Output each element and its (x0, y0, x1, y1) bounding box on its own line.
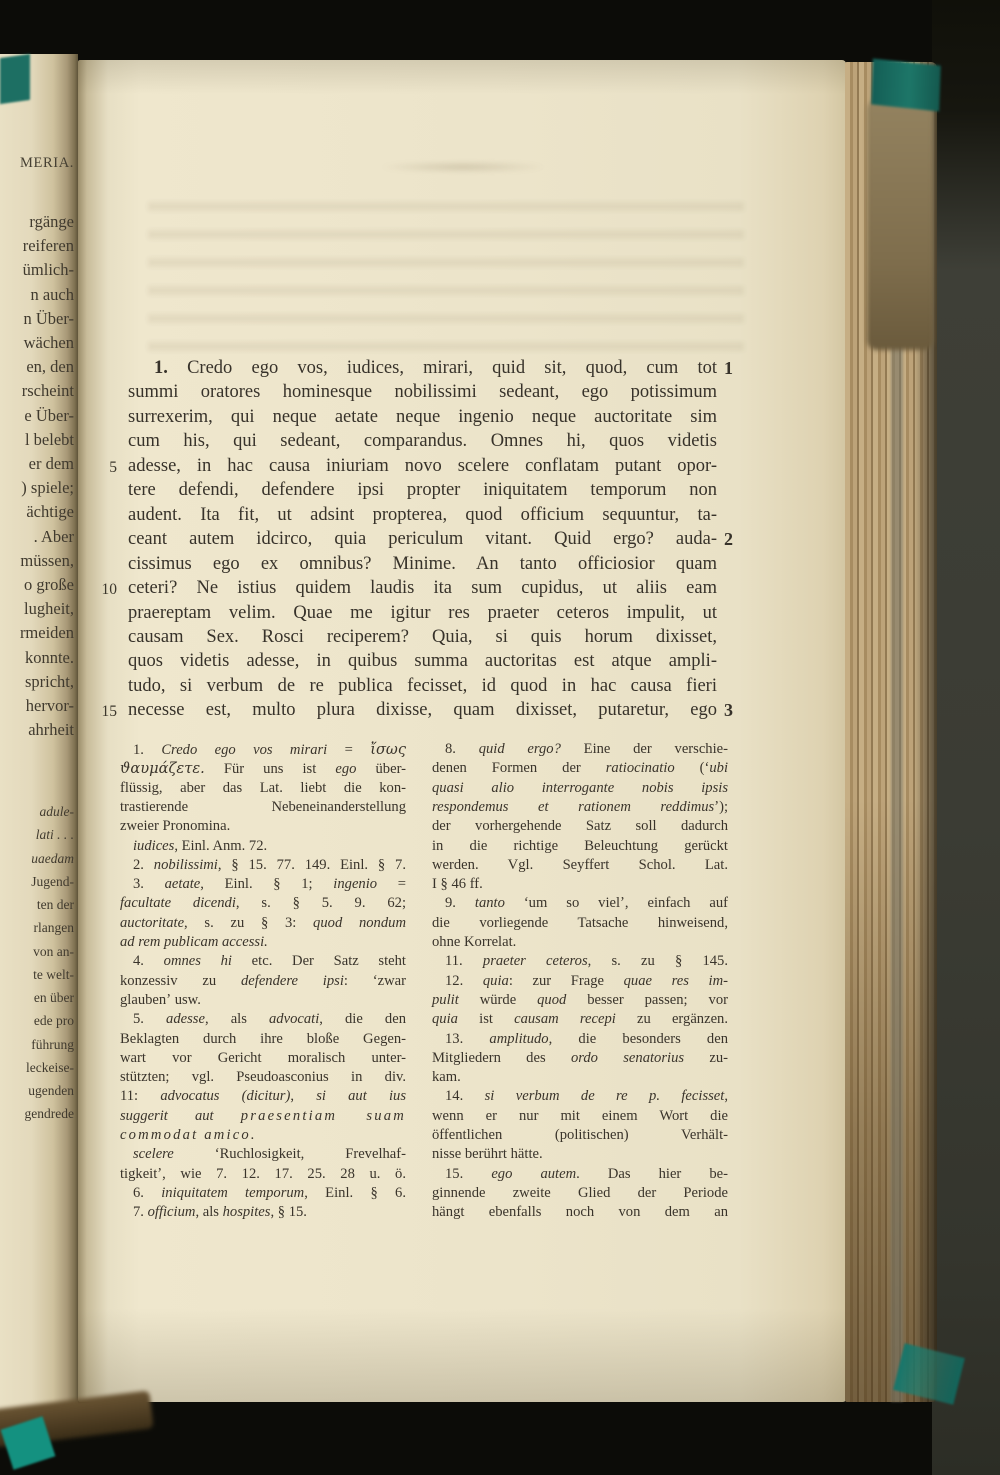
text-segment: si verbum de re p. fecisset (485, 1088, 725, 1104)
line-text: flüssig, aber das Lat. liebt die kon- (120, 779, 406, 798)
text-segment: 5. (133, 1011, 166, 1027)
left-page-text-fragment: reiferen (23, 236, 74, 256)
text-line: in die richtige Beleuchtung gerückt (432, 837, 728, 856)
left-page-text-fragment: leckeise- (26, 1060, 74, 1076)
text-line: ohne Korrelat. (432, 933, 728, 952)
text-segment: defendere ipsi (241, 973, 344, 989)
line-text: Beklagten durch ihre bloße Gegen- (120, 1030, 406, 1049)
line-text: denen Formen der ratiocinatio (ʻubi (432, 759, 728, 778)
page-stack-fore-edge (845, 62, 937, 1402)
text-line: glaubenʼ usw. (120, 991, 406, 1010)
text-segment: suggerit aut (120, 1108, 241, 1124)
text-line: necesse est, multo plura dixisse, quam d… (128, 698, 717, 722)
line-text: audent. Ita fit, ut adsint propterea, qu… (128, 503, 717, 527)
line-text: hängt ebenfalls noch von dem an (432, 1203, 728, 1222)
text-line: quasi alio interrogante nobis ipsis (432, 779, 728, 798)
text-line: ceant autem idcirco, quia periculum vita… (128, 527, 717, 551)
text-segment: omnes hi (164, 953, 232, 969)
line-text: glaubenʼ usw. (120, 991, 406, 1010)
text-line: stützten; vgl. Pseudoasconius in div. (120, 1068, 406, 1087)
text-segment: , § 15. 77. 149. Einl. § 7. (218, 857, 406, 873)
left-page-text-fragment: ahrheit (28, 720, 74, 740)
text-line: I § 46 ff. (432, 875, 728, 894)
text-line: ginnende zweite Glied der Periode (432, 1184, 728, 1203)
text-segment: amplitudo (489, 1031, 548, 1047)
text-segment: zu- (684, 1050, 728, 1066)
line-text: scelere ʻRuchlosigkeit, Frevelhaf- (120, 1145, 406, 1164)
text-segment: nisse berührt hätte. (432, 1146, 543, 1162)
text-segment: ceant autem idcirco, quia periculum vita… (128, 529, 717, 549)
text-segment: hängt ebenfalls noch von dem an (432, 1204, 728, 1220)
text-line: scelere ʻRuchlosigkeit, Frevelhaf- (120, 1145, 406, 1164)
text-segment: ohne Korrelat. (432, 934, 516, 950)
text-segment: , als (195, 1204, 222, 1220)
text-segment: , Einl. § 1; (200, 876, 333, 892)
text-segment: glaubenʼ usw. (120, 992, 201, 1008)
text-line: quia ist causam recepi zu ergänzen. (432, 1010, 728, 1029)
text-segment: pulit (432, 992, 459, 1008)
text-segment: advocati (269, 1011, 319, 1027)
text-segment: causam Sex. Rosci reciperem? Quia, si qu… (128, 627, 717, 647)
text-line: 2. nobilissimi, § 15. 77. 149. Einl. § 7… (120, 856, 406, 875)
line-text: der vorhergehende Satz soll dadurch (432, 817, 728, 836)
text-segment: quid ergo? (479, 741, 561, 757)
text-line: kam. (432, 1068, 728, 1087)
left-page-text-fragment: ede pro (34, 1013, 74, 1029)
text-line: hängt ebenfalls noch von dem an (432, 1203, 728, 1222)
line-text: pulit würde quod besser passen; vor (432, 991, 728, 1010)
text-segment: (ʻ (675, 760, 710, 776)
text-line: öffentlichen (politischen) Verhält- (432, 1126, 728, 1145)
text-segment: 3. (133, 876, 165, 892)
section-number: 2 (724, 527, 733, 551)
text-segment: iudices (133, 838, 174, 854)
text-line: nisse berührt hätte. (432, 1145, 728, 1164)
text-segment: tudo, si verbum de re publica fecisset, … (128, 676, 717, 696)
text-segment: , die besonders den (549, 1031, 728, 1047)
text-line: quos videtis adesse, in quibus summa auc… (128, 649, 717, 673)
text-line: 1. Credo ego vos, iudices, mirari, quid … (128, 356, 717, 380)
text-segment: quos videtis adesse, in quibus summa auc… (128, 651, 717, 671)
line-text: 11: advocatus (dicitur), si aut ius (120, 1087, 406, 1106)
line-text: quos videtis adesse, in quibus summa auc… (128, 649, 717, 673)
line-text: 1. Credo ego vos mirari = ἴσως (120, 740, 406, 760)
left-page-text-fragment: adule- (40, 804, 75, 820)
line-text: 4. omnes hi etc. Der Satz steht (120, 952, 406, 971)
text-segment: Mitgliedern des (432, 1050, 571, 1066)
text-line: praereptam velim. Quae me igitur res pra… (128, 601, 717, 625)
left-page-text-fragment: hervor- (26, 696, 74, 716)
page-showthrough-text (148, 202, 744, 354)
text-segment: 11. (445, 953, 483, 969)
left-page-text-fragment: wächen (24, 333, 74, 353)
left-page-text-fragment: . Aber (34, 527, 74, 547)
text-segment: 2. (133, 857, 154, 873)
text-segment: = (377, 876, 406, 892)
text-segment: Eine der verschie- (561, 741, 728, 757)
text-line: werden. Vgl. Seyffert Schol. Lat. (432, 856, 728, 875)
text-segment: : zur Frage (509, 973, 624, 989)
line-text: stützten; vgl. Pseudoasconius in div. (120, 1068, 406, 1087)
text-segment: die vorliegende Tatsache hinweisend, (432, 915, 728, 931)
text-segment: . Das hier be- (576, 1166, 728, 1182)
line-text: wart vor Gericht moralisch unter- (120, 1049, 406, 1068)
text-line: summi oratores hominesque nobilissimi se… (128, 380, 717, 404)
left-page-running-header: MERIA. (20, 155, 74, 172)
greek-text-segment: ἴσως (370, 741, 406, 758)
section-number: 1 (724, 356, 733, 380)
text-segment: quia (432, 1011, 458, 1027)
text-segment: necesse est, multo plura dixisse, quam d… (128, 700, 717, 720)
line-text: quasi alio interrogante nobis ipsis (432, 779, 728, 798)
text-segment: ginnende zweite Glied der Periode (432, 1185, 728, 1201)
text-segment: denen Formen der (432, 760, 606, 776)
line-text: ohne Korrelat. (432, 933, 728, 952)
text-line: 9. tanto ʻum so vielʼ, einfach auf (432, 894, 728, 913)
left-page-text-fragment: führung (31, 1037, 74, 1053)
left-page-text-fragment: er dem (29, 454, 74, 474)
text-segment: , s. § 5. 9. 62; (236, 895, 406, 911)
text-line: Mitgliedern des ordo senatorius zu- (432, 1049, 728, 1068)
text-segment: wenn er nur mit einem Wort die (432, 1108, 728, 1124)
text-segment: nobilissimi (154, 857, 218, 873)
text-segment: trastierende Nebeneinanderstellung (120, 799, 406, 815)
text-segment: quasi alio interrogante nobis ipsis (432, 780, 728, 796)
text-segment: advocatus (dicitur) (160, 1088, 290, 1104)
left-page-edge: MERIA. rgängereiferenümlich-n auchn Über… (0, 54, 78, 1418)
left-page-text-fragment: ächtige (26, 502, 74, 522)
text-segment: causam recepi (514, 1011, 616, 1027)
left-page-text-fragment: gendrede (25, 1106, 74, 1122)
left-page-text-fragment: ugenden (28, 1083, 74, 1099)
text-line: 11. praeter ceteros, s. zu § 145. (432, 952, 728, 971)
text-segment: , die den (319, 1011, 406, 1027)
text-segment: ubi (709, 760, 728, 776)
text-segment: praeter ceteros (483, 953, 588, 969)
text-segment: iniquitatem temporum (161, 1185, 304, 1201)
left-page-text-fragment: rmeiden (20, 623, 74, 643)
text-segment: 4. (133, 953, 164, 969)
text-segment: = (327, 742, 370, 758)
text-segment: ordo senatorius (571, 1050, 684, 1066)
text-segment: quod (537, 992, 566, 1008)
line-text: kam. (432, 1068, 728, 1087)
text-segment: 11: (120, 1088, 160, 1104)
left-page-text-fragment: te welt- (33, 967, 74, 983)
line-text: zweier Pronomina. (120, 817, 406, 836)
text-line: 12. quia: zur Frage quae res im- (432, 972, 728, 991)
text-segment: 6. (133, 1185, 161, 1201)
text-segment: , s. zu § 145. (588, 953, 728, 969)
text-line: surrexerim, qui neque aetate neque ingen… (128, 405, 717, 429)
text-segment: quia (483, 973, 509, 989)
text-segment: Beklagten durch ihre bloße Gegen- (120, 1031, 406, 1047)
left-page-text-fragment: rscheint (22, 381, 74, 401)
text-line: die vorliegende Tatsache hinweisend, (432, 914, 728, 933)
text-segment: adesse, in hac causa iniuriam novo scele… (128, 456, 717, 476)
text-segment: , (724, 1088, 728, 1104)
line-text: ϑαυμάζετε. Für uns ist ego über- (120, 759, 406, 779)
line-text: nisse berührt hätte. (432, 1145, 728, 1164)
text-line: 13. amplitudo, die besonders den (432, 1030, 728, 1049)
text-segment: hospites (223, 1204, 271, 1220)
text-line: tere defendi, defendere ipsi propter ini… (128, 478, 717, 502)
text-line: zweier Pronomina. (120, 817, 406, 836)
line-text: cum his, qui sedeant, comparandus. Omnes… (128, 429, 717, 453)
left-page-text-fragment: Jugend- (31, 874, 74, 890)
text-segment: 1. (154, 358, 168, 378)
text-line: tudo, si verbum de re publica fecisset, … (128, 674, 717, 698)
left-page-text-fragment: uaedam (31, 851, 74, 867)
line-text: quia ist causam recepi zu ergänzen. (432, 1010, 728, 1029)
text-segment: audent. Ita fit, ut adsint propterea, qu… (128, 505, 717, 525)
text-line: adesse, in hac causa iniuriam novo scele… (128, 454, 717, 478)
line-text: 1. Credo ego vos, iudices, mirari, quid … (128, 356, 717, 380)
text-line: ad rem publicam accessi. (120, 933, 406, 952)
left-page-text-fragment: ) spiele; (21, 478, 74, 498)
line-text: in die richtige Beleuchtung gerückt (432, 837, 728, 856)
text-segment: besser passen; vor (566, 992, 728, 1008)
line-text: 11. praeter ceteros, s. zu § 145. (432, 952, 728, 971)
text-segment: Für uns ist (205, 761, 336, 777)
text-line: 3. aetate, Einl. § 1; ingenio = (120, 875, 406, 894)
text-segment: auctoritate (120, 915, 184, 931)
line-text: 14. si verbum de re p. fecisset, (432, 1087, 728, 1106)
text-line: 14. si verbum de re p. fecisset, (432, 1087, 728, 1106)
line-number: 15 (102, 700, 118, 724)
greek-text-segment: ϑαυμάζετε. (120, 760, 205, 777)
text-segment: ʻRuchlosigkeit, Frevelhaf- (174, 1146, 406, 1162)
text-segment: , (290, 1088, 316, 1104)
line-text: konzessiv zu defendere ipsi: ʻzwar (120, 972, 406, 991)
text-segment: flüssig, aber das Lat. liebt die kon- (120, 780, 406, 796)
text-segment: : ʻzwar (344, 973, 406, 989)
text-line: wenn er nur mit einem Wort die (432, 1107, 728, 1126)
text-segment: stützten; vgl. Pseudoasconius in div. (120, 1069, 406, 1085)
line-text: die vorliegende Tatsache hinweisend, (432, 914, 728, 933)
text-line: cissimus ego ex omnibus? Minime. An tant… (128, 552, 717, 576)
text-segment: ego autem (491, 1166, 576, 1182)
left-page-text-fragment: von an- (33, 944, 74, 960)
line-text: tudo, si verbum de re publica fecisset, … (128, 674, 717, 698)
text-segment: konzessiv zu (120, 973, 241, 989)
line-text: cissimus ego ex omnibus? Minime. An tant… (128, 552, 717, 576)
text-segment: wart vor Gericht moralisch unter- (120, 1050, 406, 1066)
text-segment: werden. Vgl. Seyffert Schol. Lat. (432, 857, 728, 873)
line-text: facultate dicendi, s. § 5. 9. 62; (120, 894, 406, 913)
left-page-text-fragment: e Über- (24, 406, 74, 426)
line-text: iudices, Einl. Anm. 72. (120, 837, 406, 856)
left-page-text-fragment: lati . . . (36, 827, 74, 843)
spine-cloth (867, 100, 933, 350)
left-page-text-fragment: rlangen (34, 920, 74, 936)
left-page-text-fragment: müssen, (20, 551, 74, 571)
left-page-text-fragment: o große (24, 575, 74, 595)
text-line: der vorhergehende Satz soll dadurch (432, 817, 728, 836)
text-segment: öffentlichen (politischen) Verhält- (432, 1127, 728, 1143)
text-segment: 12. (445, 973, 483, 989)
text-segment: I § 46 ff. (432, 876, 483, 892)
line-text: 12. quia: zur Frage quae res im- (432, 972, 728, 991)
text-segment: commodat amico. (120, 1127, 257, 1143)
text-line: 11: advocatus (dicitur), si aut ius (120, 1087, 406, 1106)
left-page-text-fragment: n Über- (23, 309, 74, 329)
text-line: wart vor Gericht moralisch unter- (120, 1049, 406, 1068)
text-segment: praesentiam suam (241, 1108, 406, 1124)
left-page-text-fragment: spricht, (25, 672, 74, 692)
left-page-text-fragment: lugheit, (24, 599, 74, 619)
commentary-column-right: 8. quid ergo? Eine der verschie-denen Fo… (432, 740, 728, 1230)
text-line: 6. iniquitatem temporum, Einl. § 6. (120, 1184, 406, 1203)
text-line: tigkeitʼ, wie 7. 12. 17. 25. 28 u. ö. (120, 1165, 406, 1184)
book-cover-corner-top-right (871, 59, 941, 112)
line-text: werden. Vgl. Seyffert Schol. Lat. (432, 856, 728, 875)
text-segment: tigkeitʼ, wie 7. 12. 17. 25. 28 u. ö. (120, 1166, 406, 1182)
line-text: 5. adesse, als advocati, die den (120, 1010, 406, 1029)
line-text: necesse est, multo plura dixisse, quam d… (128, 698, 717, 722)
text-segment: tanto (475, 895, 505, 911)
text-segment: ceteri? Ne istius quidem laudis ita sum … (128, 578, 717, 598)
line-number: 10 (102, 578, 118, 602)
text-line: 15. ego autem. Das hier be- (432, 1165, 728, 1184)
text-line: Beklagten durch ihre bloße Gegen- (120, 1030, 406, 1049)
text-segment: scelere (133, 1146, 174, 1162)
text-segment: tere defendi, defendere ipsi propter ini… (128, 480, 717, 500)
text-line: auctoritate, s. zu § 3: quod nondum (120, 914, 406, 933)
line-number: 5 (109, 456, 117, 480)
commentary-column-left: 1. Credo ego vos mirari = ἴσωςϑαυμάζετε.… (120, 740, 406, 1230)
text-segment: über- (356, 761, 406, 777)
text-line: cum his, qui sedeant, comparandus. Omnes… (128, 429, 717, 453)
book-page: 1. Credo ego vos, iudices, mirari, quid … (78, 60, 846, 1402)
text-segment: respondemus et rationem reddimus (432, 799, 714, 815)
line-text: praereptam velim. Quae me igitur res pra… (128, 601, 717, 625)
text-segment: officium (148, 1204, 196, 1220)
text-segment: 9. (445, 895, 475, 911)
text-segment: würde (459, 992, 537, 1008)
left-page-text-fragment: rgänge (29, 212, 74, 232)
text-line: konzessiv zu defendere ipsi: ʻzwar (120, 972, 406, 991)
line-text: ceteri? Ne istius quidem laudis ita sum … (128, 576, 717, 600)
line-text: 9. tanto ʻum so vielʼ, einfach auf (432, 894, 728, 913)
line-text: 2. nobilissimi, § 15. 77. 149. Einl. § 7… (120, 856, 406, 875)
left-page-text-fragment: en über (34, 990, 74, 1006)
text-segment: Credo ego vos mirari (161, 742, 327, 758)
text-segment: , Einl. § 6. (304, 1185, 406, 1201)
text-segment: surrexerim, qui neque aetate neque ingen… (128, 407, 717, 427)
text-line: 4. omnes hi etc. Der Satz steht (120, 952, 406, 971)
text-segment: Credo ego vos, iudices, mirari, quid sit… (168, 358, 717, 378)
text-segment: summi oratores hominesque nobilissimi se… (128, 382, 717, 402)
text-line: facultate dicendi, s. § 5. 9. 62; (120, 894, 406, 913)
text-segment: cum his, qui sedeant, comparandus. Omnes… (128, 431, 717, 451)
text-segment: 8. (445, 741, 479, 757)
text-segment: aetate (165, 876, 201, 892)
text-line: suggerit aut praesentiam suam (120, 1107, 406, 1126)
left-page-text-fragment: konnte. (25, 648, 74, 668)
text-segment: 1. (133, 742, 161, 758)
text-segment: si aut ius (316, 1088, 406, 1104)
text-segment: ist (458, 1011, 514, 1027)
text-line: ϑαυμάζετε. Für uns ist ego über- (120, 759, 406, 779)
text-line: trastierende Nebeneinanderstellung (120, 798, 406, 817)
line-text: öffentlichen (politischen) Verhält- (432, 1126, 728, 1145)
line-text: wenn er nur mit einem Wort die (432, 1107, 728, 1126)
line-text: I § 46 ff. (432, 875, 728, 894)
line-text: causam Sex. Rosci reciperem? Quia, si qu… (128, 625, 717, 649)
text-segment: 14. (445, 1088, 485, 1104)
text-line: respondemus et rationem reddimusʼ); (432, 798, 728, 817)
text-segment: , als (205, 1011, 269, 1027)
text-segment: ʼ); (714, 799, 728, 815)
line-text: ginnende zweite Glied der Periode (432, 1184, 728, 1203)
text-segment: ʻum so vielʼ, einfach auf (505, 895, 728, 911)
left-page-text-fragment: l belebt (25, 430, 74, 450)
line-text: surrexerim, qui neque aetate neque ingen… (128, 405, 717, 429)
text-segment: facultate dicendi (120, 895, 236, 911)
text-segment: ratiocinatio (606, 760, 675, 776)
line-text: Mitgliedern des ordo senatorius zu- (432, 1049, 728, 1068)
line-text: 15. ego autem. Das hier be- (432, 1165, 728, 1184)
line-text: 6. iniquitatem temporum, Einl. § 6. (120, 1184, 406, 1203)
line-text: trastierende Nebeneinanderstellung (120, 798, 406, 817)
text-line: pulit würde quod besser passen; vor (432, 991, 728, 1010)
line-text: commodat amico. (120, 1126, 406, 1145)
line-text: summi oratores hominesque nobilissimi se… (128, 380, 717, 404)
page-showthrough-header (348, 156, 578, 178)
text-line: iudices, Einl. Anm. 72. (120, 837, 406, 856)
book-cover-corner-top-left (0, 54, 30, 104)
line-text: respondemus et rationem reddimusʼ); (432, 798, 728, 817)
latin-text-block: 1. Credo ego vos, iudices, mirari, quid … (128, 356, 717, 726)
line-text: adesse, in hac causa iniuriam novo scele… (128, 454, 717, 478)
text-segment: quae res im- (624, 973, 728, 989)
text-segment: 7. (133, 1204, 148, 1220)
left-page-text-fragment: ümlich- (23, 260, 74, 280)
text-line: 1. Credo ego vos mirari = ἴσως (120, 740, 406, 760)
left-page-text-fragment: ten der (37, 897, 74, 913)
line-text: 7. officium, als hospites, § 15. (120, 1203, 406, 1222)
text-segment: kam. (432, 1069, 461, 1085)
text-segment: 15. (445, 1166, 491, 1182)
text-segment: etc. Der Satz steht (232, 953, 406, 969)
line-text: tigkeitʼ, wie 7. 12. 17. 25. 28 u. ö. (120, 1165, 406, 1184)
text-line: commodat amico. (120, 1126, 406, 1145)
line-text: tere defendi, defendere ipsi propter ini… (128, 478, 717, 502)
text-segment: cissimus ego ex omnibus? Minime. An tant… (128, 554, 717, 574)
text-segment: , s. zu § 3: (184, 915, 313, 931)
text-segment: ad rem publicam accessi. (120, 934, 268, 950)
text-line: ceteri? Ne istius quidem laudis ita sum … (128, 576, 717, 600)
text-segment: quod nondum (313, 915, 406, 931)
line-text: auctoritate, s. zu § 3: quod nondum (120, 914, 406, 933)
text-segment: praereptam velim. Quae me igitur res pra… (128, 603, 717, 623)
text-segment: in die richtige Beleuchtung gerückt (432, 838, 728, 854)
text-line: denen Formen der ratiocinatio (ʻubi (432, 759, 728, 778)
book-photo: MERIA. rgängereiferenümlich-n auchn Über… (0, 0, 1000, 1475)
section-number: 3 (724, 698, 733, 722)
text-segment: 13. (445, 1031, 489, 1047)
text-segment: zweier Pronomina. (120, 818, 230, 834)
line-text: ceant autem idcirco, quia periculum vita… (128, 527, 717, 551)
text-line: audent. Ita fit, ut adsint propterea, qu… (128, 503, 717, 527)
text-line: 7. officium, als hospites, § 15. (120, 1203, 406, 1222)
text-segment: ingenio (333, 876, 377, 892)
text-line: 8. quid ergo? Eine der verschie- (432, 740, 728, 759)
line-text: 3. aetate, Einl. § 1; ingenio = (120, 875, 406, 894)
text-line: flüssig, aber das Lat. liebt die kon- (120, 779, 406, 798)
text-segment: ego (335, 761, 356, 777)
